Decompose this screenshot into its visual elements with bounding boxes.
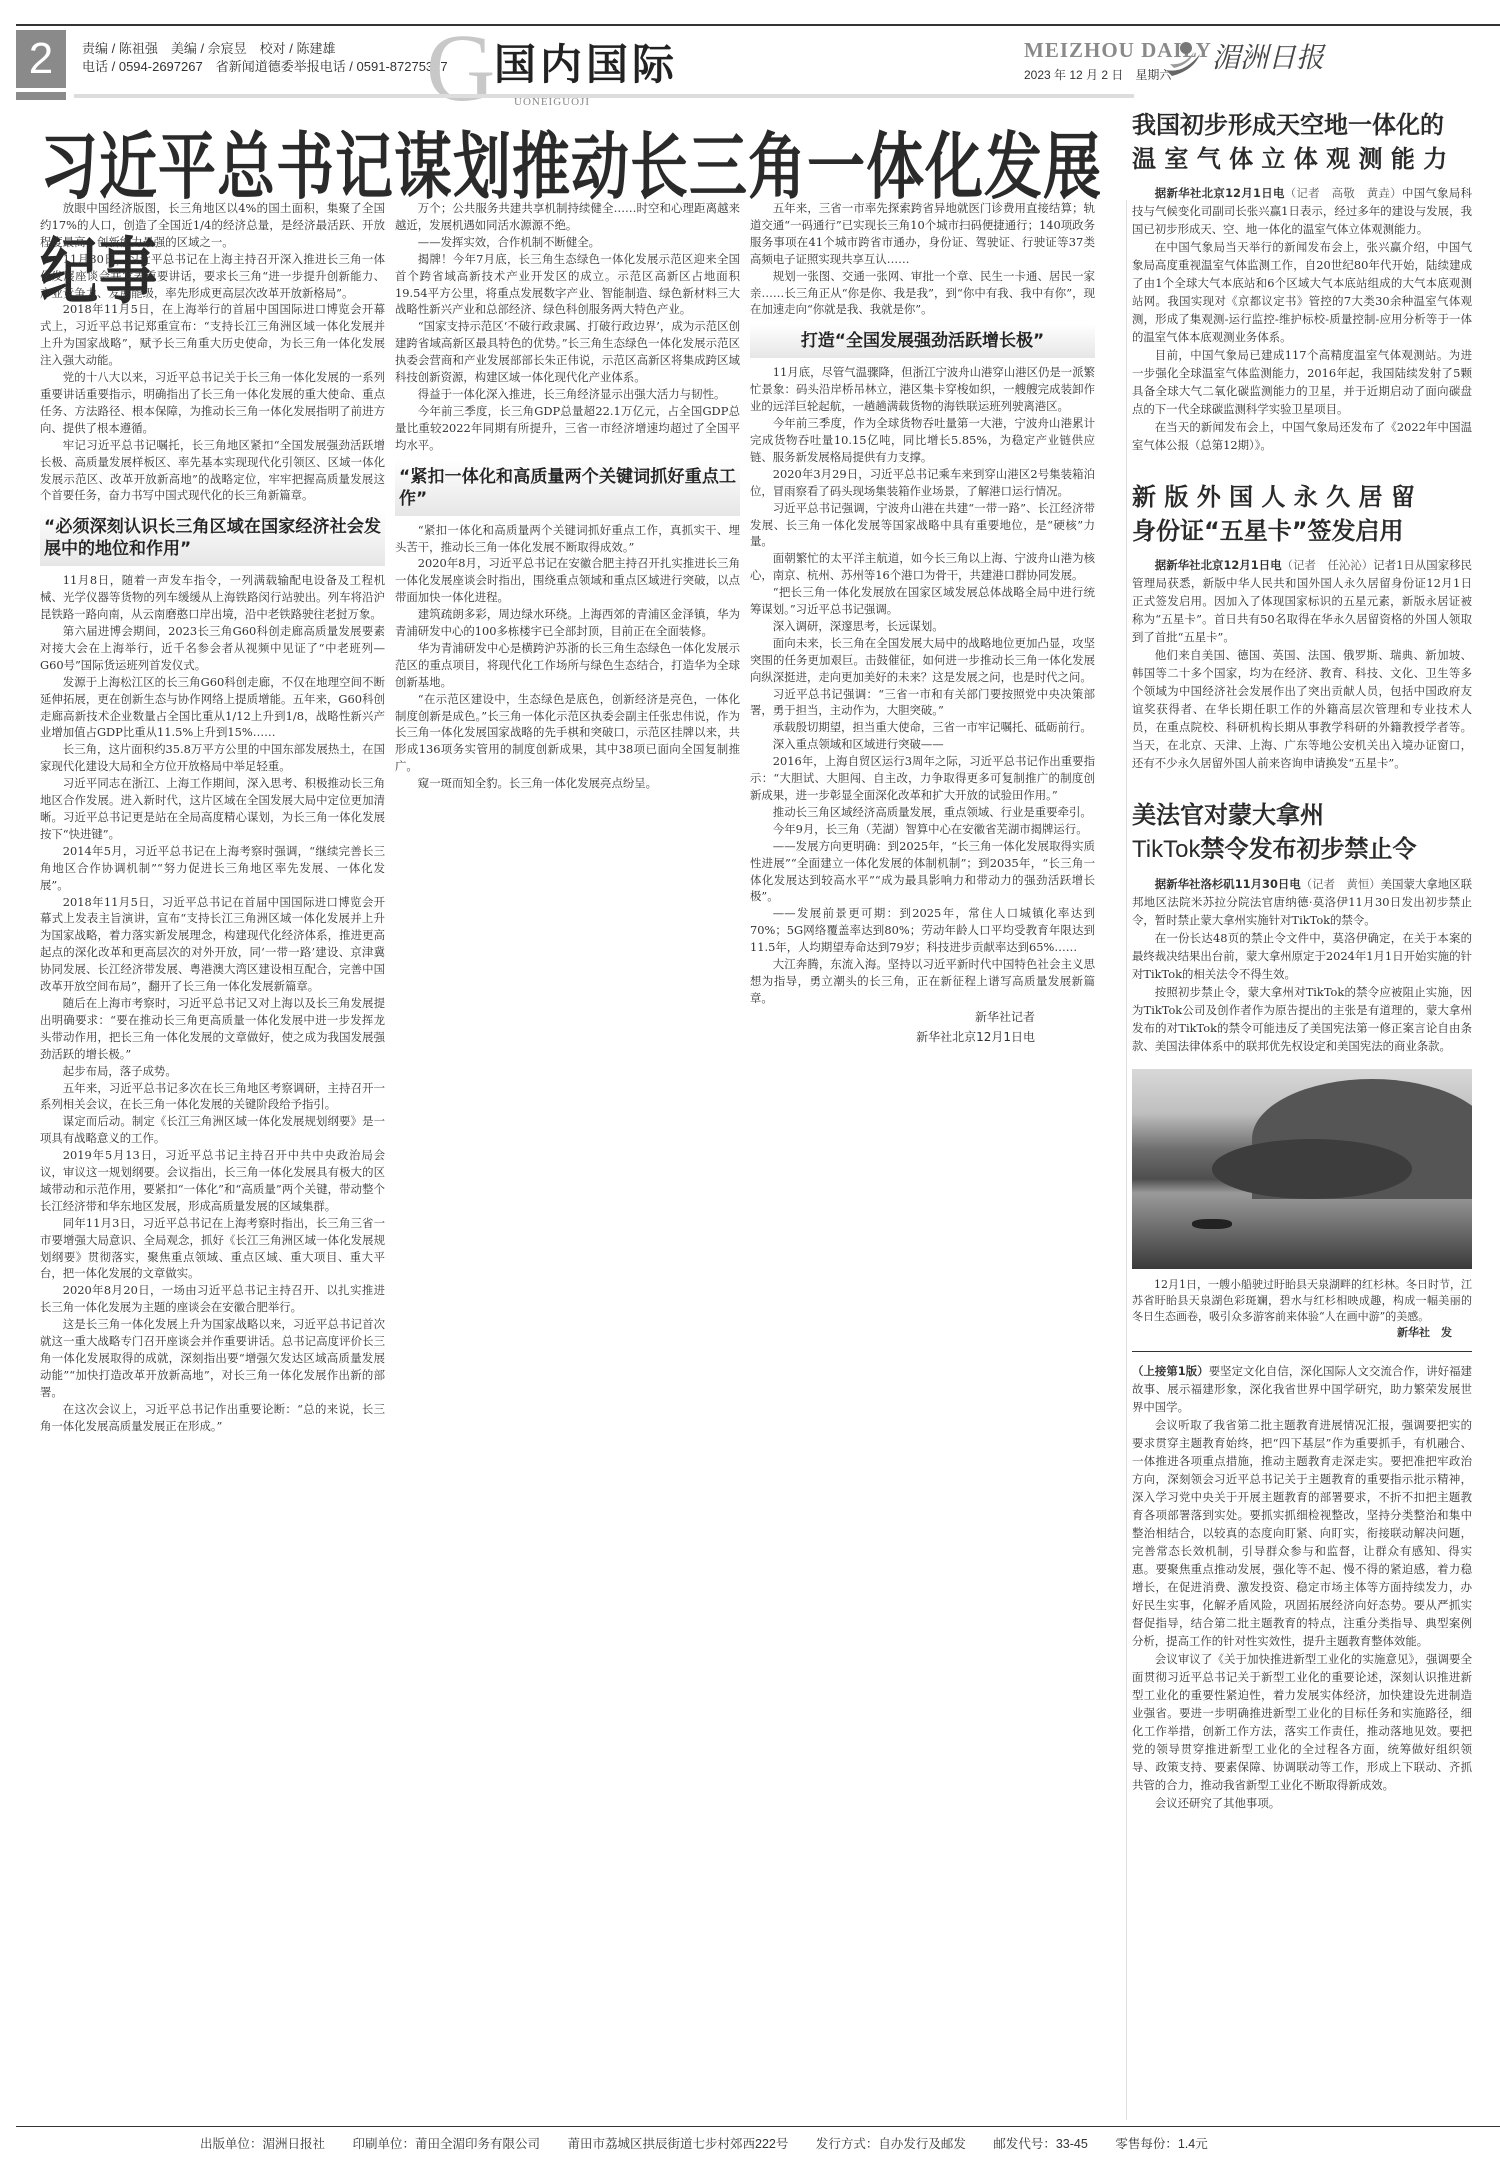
paragraph: 2018年11月5日，在上海举行的首届中国国际进口博览会开幕式上，习近平总书记郑… — [40, 301, 385, 369]
article-headline: 我国初步形成天空地一体化的 温 室 气 体 立 体 观 测 能 力 — [1132, 108, 1472, 176]
paragraph: 万个；公共服务共建共享机制持续健全……时空和心理距离越来越近，发展机遇如同活水源… — [395, 200, 740, 234]
lake-photo-image — [1132, 1069, 1472, 1269]
footer-rule — [16, 2126, 1500, 2127]
byline-dateline: 新华社北京12月1日电 — [750, 1027, 1095, 1047]
paragraph: 这是长三角一体化发展上升为国家战略以来，习近平总书记首次就这一重大战略专门召开座… — [40, 1316, 385, 1401]
article-body: 据新华社北京12月1日电（记者 任沁沁）记者1日从国家移民管理局获悉，新版中华人… — [1132, 556, 1472, 772]
paragraph: 今年9月，长三角（芜湖）智算中心在安徽省芜湖市揭牌运行。 — [750, 821, 1095, 838]
reporter: （记者 高敬 黄垚） — [1285, 186, 1402, 200]
article-headline: 美法官对蒙大拿州 TikTok禁令发布初步禁止令 — [1132, 798, 1472, 867]
column-divider — [1126, 200, 1127, 2120]
subheading: “紧扣一体化和高质量两个关键词抓好重点工作” — [395, 460, 740, 516]
paragraph: 得益于一体化深入推进，长三角经济显示出强大活力与韧性。 — [395, 386, 740, 403]
section-initial-letter: G — [426, 20, 495, 116]
article-headline: 新 版 外 国 人 永 久 居 留 身份证“五星卡”签发启用 — [1132, 480, 1472, 548]
paragraph: “在示范区建设中，生态绿色是底色，创新经济是亮色，一体化制度创新是成色。”长三角… — [395, 691, 740, 776]
paragraph: 承载殷切期望，担当重大使命，三省一市牢记嘱托、砥砺前行。 — [750, 719, 1095, 736]
paragraph: 在这次会议上，习近平总书记作出重要论断：“总的来说，长三角一体化发展高质量发展正… — [40, 1401, 385, 1435]
paragraph: 今年前三季度，长三角GDP总量超22.1万亿元，占全国GDP总量比重较2022年… — [395, 403, 740, 454]
boat-icon — [1192, 1219, 1232, 1229]
paragraph: 揭牌！今年7月底，长三角生态绿色一体化发展示范区迎来全国首个跨省域高新技术产业开… — [395, 251, 740, 319]
section-title: 国内国际 — [494, 32, 678, 92]
reporter: （记者 任沁沁） — [1282, 558, 1374, 572]
distribution: 发行方式：自办发行及邮发 — [816, 2137, 966, 2151]
paragraph: 目前，中国气象局已建成117个高精度温室气体观测站。为进一步强化全球温室气体监测… — [1132, 346, 1472, 418]
paragraph: 今年前三季度，作为全球货物吞吐量第一大港，宁波舟山港累计完成货物吞吐量10.15… — [750, 415, 1095, 466]
paragraph: “把长三角一体化发展放在国家区域发展总体战略全局中进行统筹谋划。”习近平总书记强… — [750, 584, 1095, 618]
paragraph: 习近平总书记强调：“三省一市和有关部门要按照党中央决策部署，勇于担当，主动作为，… — [750, 686, 1095, 720]
paper-logo: 湄洲日报 — [1164, 34, 1344, 84]
paragraph: 他们来自美国、德国、英国、法国、俄罗斯、瑞典、新加坡、韩国等二十多个国家，均为在… — [1132, 646, 1472, 772]
masthead: 2 责编 / 陈祖强 美编 / 佘宸昱 校对 / 陈建雄 电话 / 0594-2… — [16, 24, 1500, 92]
dateline: 据新华社北京12月1日电 — [1155, 558, 1282, 572]
paragraph: 11月8日，随着一声发车指令，一列满载输配电设备及工程机械、光学仪器等货物的列车… — [40, 572, 385, 623]
news-photo: 12月1日，一艘小船驶过盱眙县天泉湖畔的红杉林。冬日时节，江苏省盱眙县天泉湖色彩… — [1132, 1069, 1472, 1341]
paragraph: 第六届进博会期间，2023长三角G60科创走廊高质量发展要素对接大会在上海举行，… — [40, 623, 385, 674]
paragraph: 2020年3月29日，习近平总书记乘车来到穿山港区2号集装箱泊位，冒雨察看了码头… — [750, 466, 1095, 500]
article-tiktok-ban: 美法官对蒙大拿州 TikTok禁令发布初步禁止令 据新华社洛杉矶11月30日电（… — [1132, 798, 1472, 1055]
wave-logo-icon — [1164, 40, 1204, 78]
article-column-1: 放眼中国经济版图，长三角地区以4%的国土面积，集聚了全国约17%的人口，创造了全… — [40, 200, 385, 1435]
paragraph: 规划一张图、交通一张网、审批一个章、民生一卡通、居民一家亲……长三角正从“你是你… — [750, 268, 1095, 319]
price: 零售每份：1.4元 — [1115, 2137, 1207, 2151]
divider — [1132, 1351, 1472, 1352]
paragraph: 牢记习近平总书记嘱托，长三角地区紧扣“全国发展强劲活跃增长极、高质量发展样板区、… — [40, 437, 385, 505]
paragraph: 五年来，习近平总书记多次在长三角地区考察调研，主持召开一系列相关会议，在长三角一… — [40, 1080, 385, 1114]
paragraph: 2016年，上海自贸区运行3周年之际，习近平总书记作出重要指示：“大胆试、大胆闯… — [750, 753, 1095, 804]
paper-chinese-name: 湄洲日报 — [1212, 36, 1324, 76]
paragraph: 2014年5月，习近平总书记在上海考察时强调，“继续完善长三角地区合作协调机制”… — [40, 843, 385, 894]
article-body: 据新华社北京12月1日电（记者 高敬 黄垚）中国气象局科技与气候变化司副司长张兴… — [1132, 184, 1472, 454]
paragraph: 在一份长达48页的禁止令文件中，莫洛伊确定，在关于本案的最终裁决结果出台前，蒙大… — [1132, 929, 1472, 983]
paragraph: 2018年11月5日，习近平总书记在首届中国国际进口博览会开幕式上发表主旨演讲，… — [40, 894, 385, 995]
paragraph: ——发挥实效，合作机制不断健全。 — [395, 234, 740, 251]
paragraph: 党的十八大以来，习近平总书记关于长三角一体化发展的一系列重要讲话重要指示，明确指… — [40, 369, 385, 437]
paragraph: 在中国气象局当天举行的新闻发布会上，张兴赢介绍，中国气象局高度重视温室气体监测工… — [1132, 238, 1472, 346]
paragraph: 面朝繁忙的太平洋主航道，如今长三角以上海、宁波舟山港为核心，南京、杭州、苏州等1… — [750, 550, 1095, 584]
article-column-3: 五年来，三省一市率先探索跨省异地就医门诊费用直接结算；轨道交通“一码通行”已实现… — [750, 200, 1095, 1047]
article-continued-from-page-1: （上接第1版）要坚定文化自信，深化国际人文交流合作，讲好福建故事、展示福建形象，… — [1132, 1362, 1472, 1812]
printer-address: 莆田市荔城区拱辰街道七步村郊西222号 — [568, 2137, 789, 2151]
paragraph: 深入重点领域和区域进行突破—— — [750, 736, 1095, 753]
paragraph: 习近平总书记强调，宁波舟山港在共建“一带一路”、长江经济带发展、长三角一体化发展… — [750, 500, 1095, 551]
continued-label: （上接第1版） — [1132, 1364, 1209, 1378]
paragraph: 长三角，这片面积约35.8万平方公里的中国东部发展热土，在国家现代化建设大局和全… — [40, 741, 385, 775]
paragraph: ——发展前景更可期：到2025年，常住人口城镇化率达到70%；5G网络覆盖率达到… — [750, 905, 1095, 956]
paragraph: 2020年8月，习近平总书记在安徽合肥主持召开扎实推进长三角一体化发展座谈会时指… — [395, 555, 740, 606]
paragraph: 放眼中国经济版图，长三角地区以4%的国土面积，集聚了全国约17%的人口，创造了全… — [40, 200, 385, 251]
issue-date: 2023 年 12 月 2 日 星期六 — [1024, 66, 1171, 83]
byline-reporter: 新华社记者 — [750, 1007, 1095, 1027]
paragraph: 习近平同志在浙江、上海工作期间，深入思考、积极推动长三角地区合作发展。进入新时代… — [40, 775, 385, 843]
article-five-star-card: 新 版 外 国 人 永 久 居 留 身份证“五星卡”签发启用 据新华社北京12月… — [1132, 480, 1472, 772]
paragraph: “国家支持示范区‘不破行政隶属、打破行政边界’，成为示范区创建跨省域高新区最具特… — [395, 318, 740, 386]
right-column: 我国初步形成天空地一体化的 温 室 气 体 立 体 观 测 能 力 据新华社北京… — [1132, 100, 1472, 1812]
paragraph: “紧扣一体化和高质量两个关键词抓好重点工作，真抓实干、埋头苦干，推动长三角一体化… — [395, 522, 740, 556]
reporter: （记者 黄恒） — [1301, 877, 1381, 891]
article-body: （上接第1版）要坚定文化自信，深化国际人文交流合作，讲好福建故事、展示福建形象，… — [1132, 1362, 1472, 1812]
article-greenhouse-gas: 我国初步形成天空地一体化的 温 室 气 体 立 体 观 测 能 力 据新华社北京… — [1132, 108, 1472, 454]
paragraph: 推动长三角区域经济高质量发展，重点领域、行业是重要牵引。 — [750, 804, 1095, 821]
page-number: 2 — [16, 30, 66, 88]
paragraph: 窥一斑而知全豹。长三角一体化发展亮点纷呈。 — [395, 775, 740, 792]
staff-phones: 电话 / 0594-2697267 省新闻道德委举报电话 / 0591-8727… — [82, 58, 448, 76]
publisher: 出版单位：湄洲日报社 — [200, 2137, 325, 2151]
paragraph: 会议听取了我省第二批主题教育进展情况汇报，强调要把实的要求贯穿主题教育始终，把“… — [1132, 1416, 1472, 1650]
photo-credit: 新华社 发 — [1132, 1325, 1472, 1341]
paragraph: 11月底，尽管气温骤降，但浙江宁波舟山港穿山港区仍是一派繁忙景象：码头沿岸桥吊林… — [750, 364, 1095, 415]
paragraph: 会议审议了《关于加快推进新型工业化的实施意见》，强调要全面贯彻习近平总书记关于新… — [1132, 1650, 1472, 1794]
paragraph: 2019年5月13日，习近平总书记主持召开中共中央政治局会议，审议这一规划纲要。… — [40, 1147, 385, 1215]
photo-caption: 12月1日，一艘小船驶过盱眙县天泉湖畔的红杉林。冬日时节，江苏省盱眙县天泉湖色彩… — [1132, 1277, 1472, 1341]
section-rule — [16, 92, 1132, 100]
subheading: “必须深刻认识长三角区域在国家经济社会发展中的地位和作用” — [40, 510, 385, 566]
dateline: 据新华社北京12月1日电 — [1155, 186, 1285, 200]
paragraph: 按照初步禁止令，蒙大拿州对TikTok的禁令应被阻止实施，因为TikTok公司及… — [1132, 983, 1472, 1055]
paragraph: 会议还研究了其他事项。 — [1132, 1794, 1472, 1812]
subheading: 打造“全国发展强劲活跃增长极” — [750, 324, 1095, 358]
paragraph: 发源于上海松江区的长三角G60科创走廊，不仅在地理空间不断延伸拓展，更在创新生态… — [40, 674, 385, 742]
paragraph: 深入调研，深邃思考，长远谋划。 — [750, 618, 1095, 635]
paragraph: 2020年8月20日，一场由习近平总书记主持召开、以扎实推进长三角一体化发展为主… — [40, 1282, 385, 1316]
paragraph: 大江奔腾，东流入海。坚持以习近平新时代中国特色社会主义思想为指导，勇立潮头的长三… — [750, 956, 1095, 1007]
paragraph: 11月30日，习近平总书记在上海主持召开深入推进长三角一体化发展座谈会并发表重要… — [40, 251, 385, 302]
paragraph: 面向未来，长三角在全国发展大局中的战略地位更加凸显，攻坚突围的任务更加艰巨。击鼓… — [750, 635, 1095, 686]
paragraph: ——发展方向更明确：到2025年，“长三角一体化发展取得实质性进展”“全面建立一… — [750, 838, 1095, 906]
footer-imprint: 出版单位：湄洲日报社 印刷单位：莆田全湄印务有限公司 莆田市荔城区拱辰街道七步村… — [200, 2134, 1230, 2152]
paragraph: 谋定而后动。制定《长江三角洲区域一体化发展规划纲要》是一项具有战略意义的工作。 — [40, 1113, 385, 1147]
paragraph: 华为青浦研发中心是横跨沪苏浙的长三角生态绿色一体化发展示范区的重点项目，将现代化… — [395, 640, 740, 691]
paragraph: 随后在上海市考察时，习近平总书记又对上海以及长三角发展提出明确要求：“要在推动长… — [40, 995, 385, 1063]
article-body: 据新华社洛杉矶11月30日电（记者 黄恒）美国蒙大拿地区联邦地区法院米苏拉分院法… — [1132, 875, 1472, 1055]
staff-editors: 责编 / 陈祖强 美编 / 佘宸昱 校对 / 陈建雄 — [82, 40, 448, 58]
paragraph: 五年来，三省一市率先探索跨省异地就医门诊费用直接结算；轨道交通“一码通行”已实现… — [750, 200, 1095, 268]
paragraph: 同年11月3日，习近平总书记在上海考察时指出，长三角三省一市要增强大局意识、全局… — [40, 1215, 385, 1283]
article-column-2: 万个；公共服务共建共享机制持续健全……时空和心理距离越来越近，发展机遇如同活水源… — [395, 200, 740, 792]
staff-info: 责编 / 陈祖强 美编 / 佘宸昱 校对 / 陈建雄 电话 / 0594-269… — [82, 40, 448, 76]
dateline: 据新华社洛杉矶11月30日电 — [1155, 877, 1301, 891]
paragraph: 建筑疏朗多彩，周边绿水环绕。上海西郊的青浦区金泽镇，华为青浦研发中心的100多栋… — [395, 606, 740, 640]
paragraph: 在当天的新闻发布会上，中国气象局还发布了《2022年中国温室气体公报（总第12期… — [1132, 418, 1472, 454]
postal-code: 邮发代号：33-45 — [993, 2137, 1087, 2151]
paragraph: 起步布局，落子成势。 — [40, 1063, 385, 1080]
printer: 印刷单位：莆田全湄印务有限公司 — [353, 2137, 541, 2151]
